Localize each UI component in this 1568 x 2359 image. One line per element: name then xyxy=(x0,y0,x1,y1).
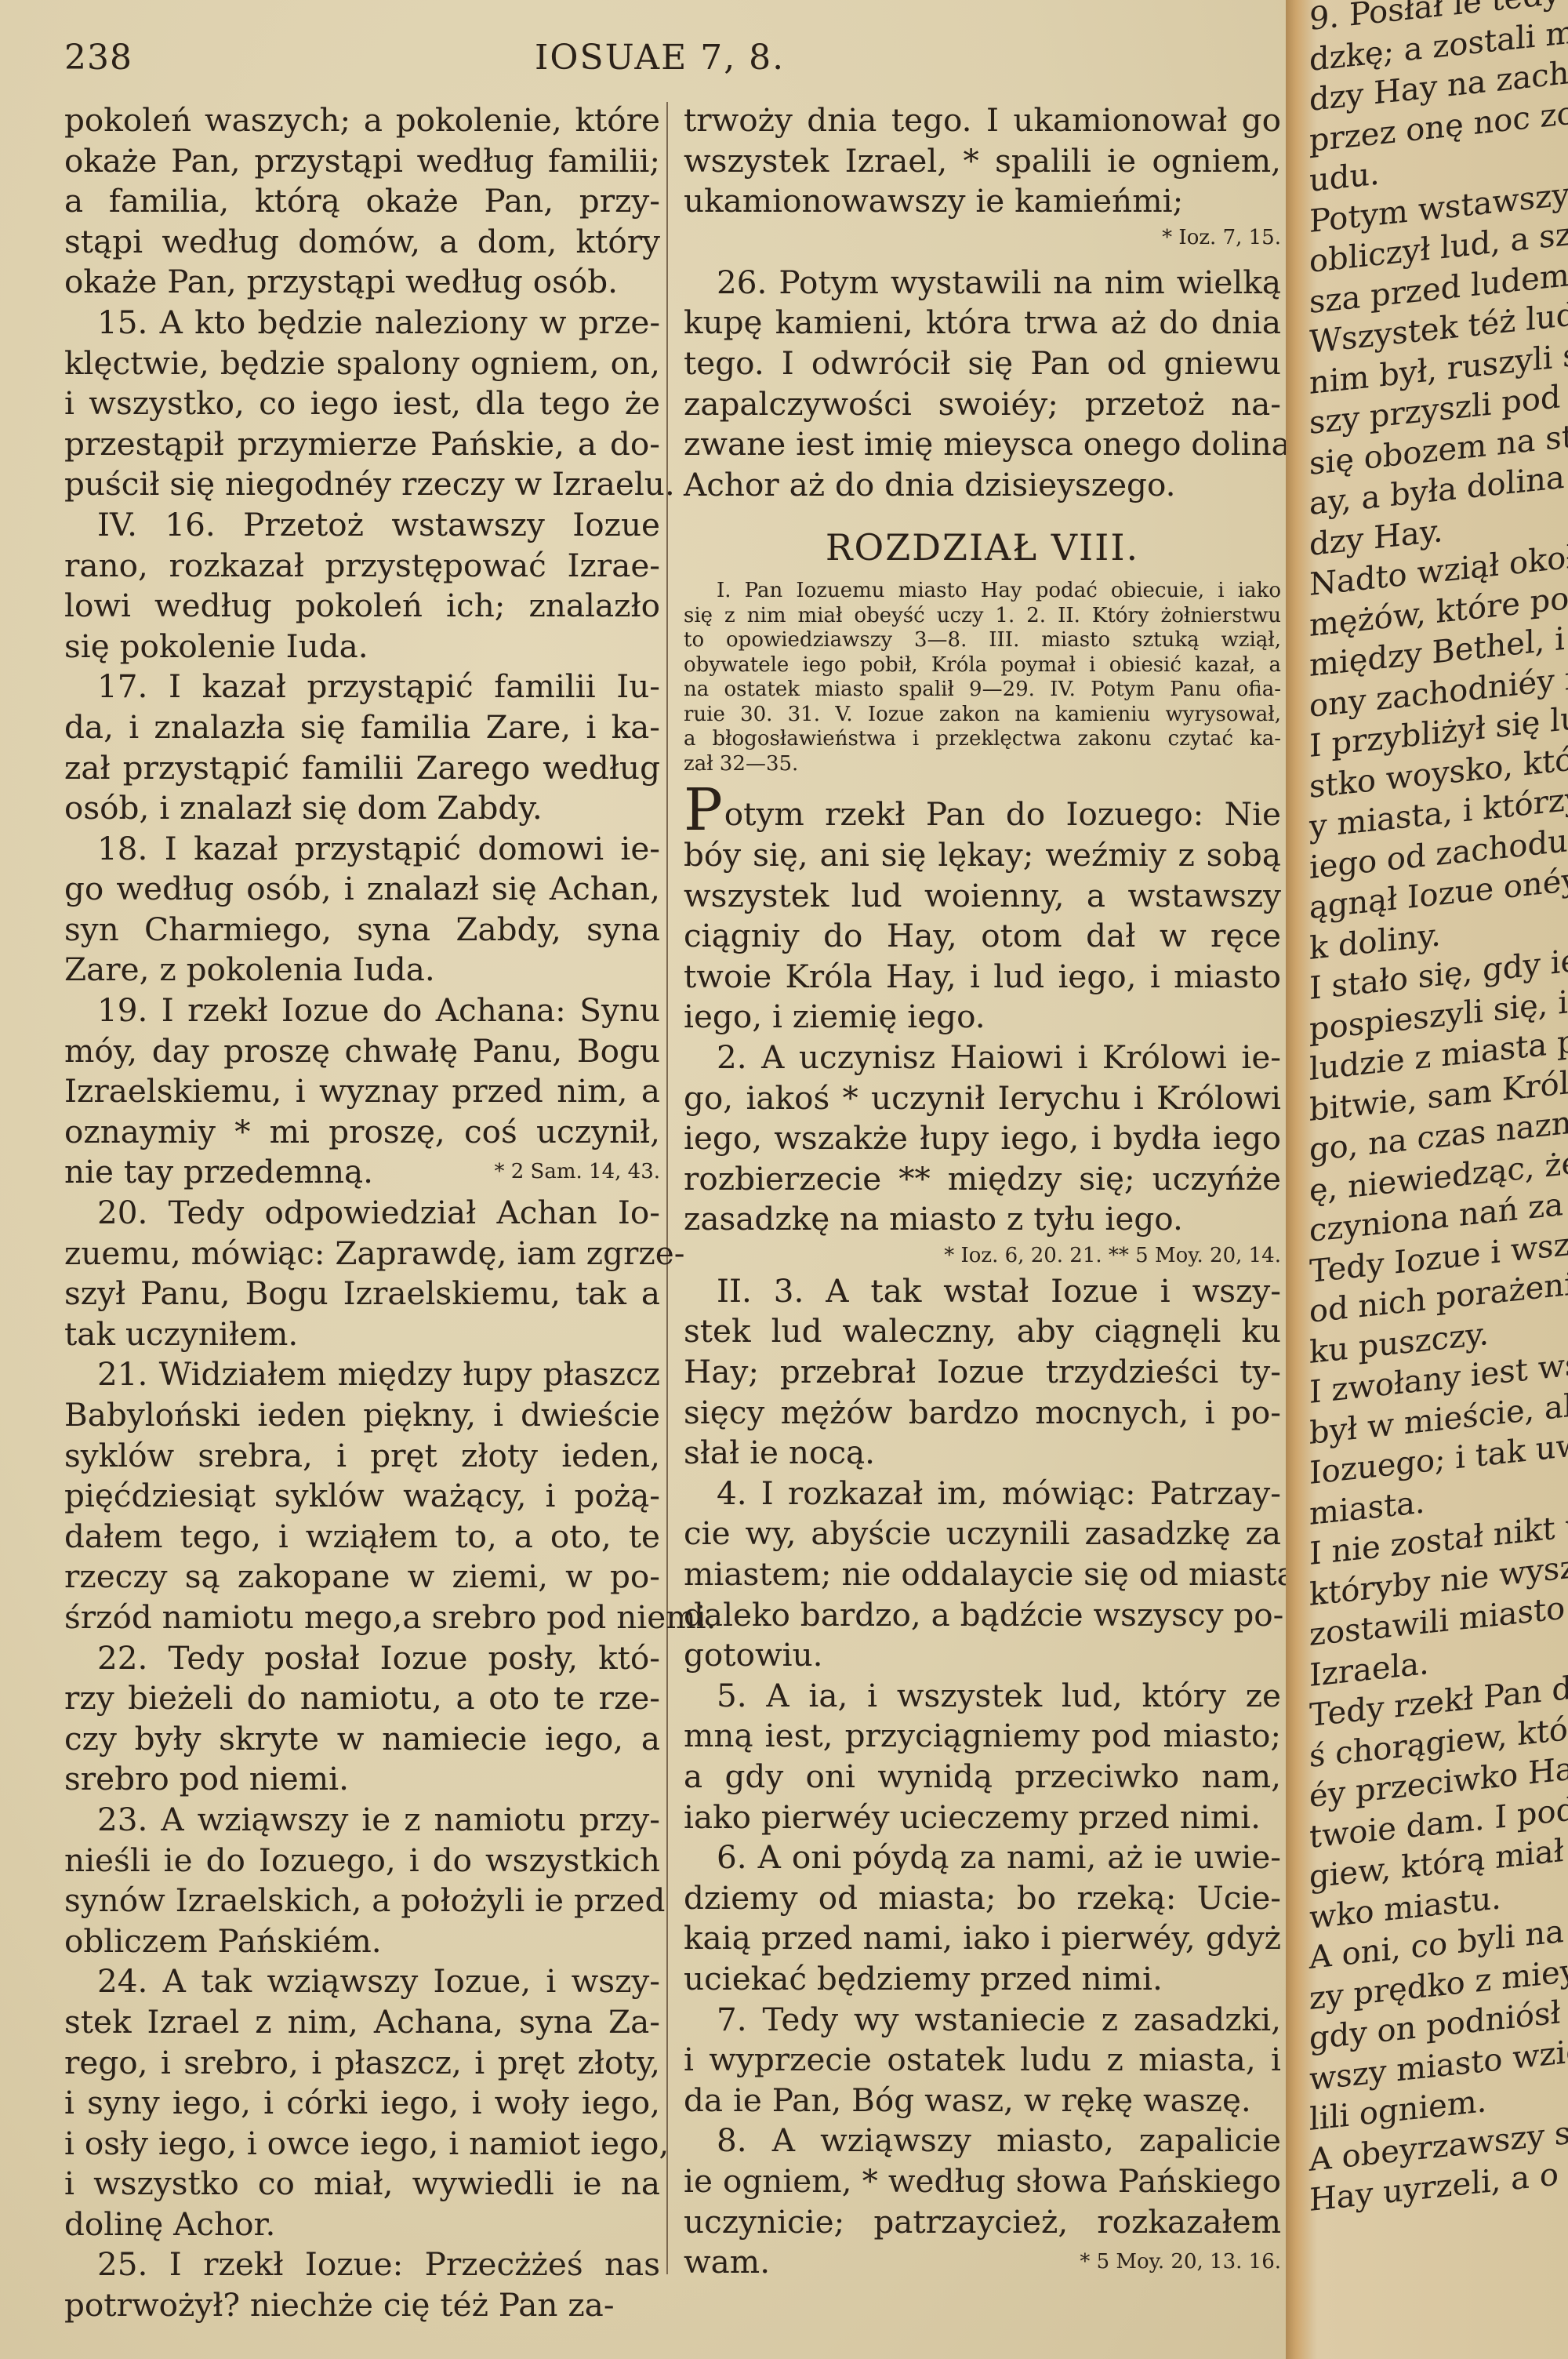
text-line: czy były skryte w namiecie iego, a xyxy=(64,1719,660,1760)
text-line: tak uczyniłem. xyxy=(64,1314,660,1355)
running-title: IOSUAE 7, 8. xyxy=(535,38,785,78)
text-line: 24. A tak wziąwszy Iozue, i wszy- xyxy=(64,1961,660,2002)
text-line: iego, i ziemię iego. xyxy=(684,997,1281,1038)
text-line: go według osób, i znalazł się Achan, xyxy=(64,869,660,910)
verse-1: Potym rzekł Pan do Iozuego: Niebóy się, … xyxy=(684,791,1281,1038)
text-line: Zare, z pokolenia Iuda. xyxy=(64,950,660,990)
verse-2: 2. A uczynisz Haiowi i Królowi ie-go, ia… xyxy=(684,1038,1281,1240)
text-line: zwane iest imię mieysca onego dolina xyxy=(684,424,1281,465)
left-column: pokoleń waszych; a pokolenie, któreokaże… xyxy=(64,100,660,2326)
text-line: oznaymiy * mi proszę, coś uczynił, xyxy=(64,1112,660,1153)
text-line: 19. I rzekł Iozue do Achana: Synu xyxy=(64,990,660,1031)
text-line: go, iakoś * uczynił Ierychu i Królowi xyxy=(684,1078,1281,1119)
text-line: mną iest, przyciągniemy pod miasto; xyxy=(684,1716,1281,1757)
text-line: zuemu, mówiąc: Zaprawdę, iam zgrze- xyxy=(64,1234,660,1274)
text-line: pięćdziesiąt syklów ważący, i pożą- xyxy=(64,1476,660,1517)
drop-cap: P xyxy=(684,776,723,844)
text-line: srebro pod niemi. xyxy=(64,1759,660,1800)
text-line: puścił się niegodnéy rzeczy w Izraelu. xyxy=(64,464,660,505)
text-line: Babyloński ieden piękny, i dwieście xyxy=(64,1395,660,1436)
text-line: 5. A ia, i wszystek lud, który ze xyxy=(684,1676,1281,1717)
summary-line: ruie 30. 31. V. Iozue zakon na kamieniu … xyxy=(684,703,1281,728)
text-line: II. 3. A tak wstał Iozue i wszy- xyxy=(684,1271,1281,1312)
text-line: uczynicie; patrzaycież, rozkazałem xyxy=(684,2202,1281,2243)
text-line: da ie Pan, Bóg wasz, w rękę waszę. xyxy=(684,2081,1281,2121)
text-line: twoie Króla Hay, i lud iego, i miasto xyxy=(684,957,1281,998)
text-line: dałem tego, i wziąłem to, a oto, te xyxy=(64,1517,660,1558)
text-line: syklów srebra, i pręt złoty ieden, xyxy=(64,1436,660,1477)
text-line: rzeczy są zakopane w ziemi, w po- xyxy=(64,1557,660,1598)
text-line: pokoleń waszych; a pokolenie, które xyxy=(64,100,660,141)
text-line: 22. Tedy posłał Iozue posły, któ- xyxy=(64,1638,660,1679)
book-gutter xyxy=(1286,0,1312,2359)
text-line: nieśli ie do Iozuego, i do wszystkich xyxy=(64,1841,660,1881)
text-line: wam.* 5 Moy. 20, 13. 16. xyxy=(684,2242,1281,2283)
summary-line: się z nim miał obeyść uczy 1. 2. II. Któ… xyxy=(684,604,1281,629)
text-line: ie ogniem, * według słowa Pańskiego xyxy=(684,2161,1281,2202)
text-line: a gdy oni wynidą przeciwko nam, xyxy=(684,1757,1281,1797)
text-line: stąpi według domów, a dom, który xyxy=(64,222,660,263)
text-line: iego, wszakże łupy iego, i bydła iego xyxy=(684,1118,1281,1159)
text-line: dolinę Achor. xyxy=(64,2205,660,2245)
text-line: daleko bardzo, a bądźcie wszyscy po- xyxy=(684,1595,1281,1636)
text-line: 2. A uczynisz Haiowi i Królowi ie- xyxy=(684,1038,1281,1078)
text-line: synów Izraelskich, a położyli ie przed xyxy=(64,1881,660,1921)
column-divider xyxy=(666,102,668,2274)
text-line: lowi według pokoleń ich; znalazło xyxy=(64,586,660,627)
text-line: zał przystąpić familii Zarego według xyxy=(64,748,660,789)
text-line: dziemy od miasta; bo rzeką: Ucie- xyxy=(684,1878,1281,1919)
chapter-summary: I. Pan Iozuemu miasto Hay podać obiecuie… xyxy=(684,579,1281,776)
text-line: rego, i srebro, i płaszcz, i pręt złoty, xyxy=(64,2043,660,2084)
text-line: cie wy, abyście uczynili zasadzkę za xyxy=(684,1514,1281,1554)
text-line: 20. Tedy odpowiedział Achan Io- xyxy=(64,1193,660,1234)
right-column: trwoży dnia tego. I ukamionował gowszyst… xyxy=(684,100,1281,2283)
book-page-right-facing: 9. Posłał ie tedydzkę; a zostali międzyd… xyxy=(1286,0,1568,2359)
text-line: przestąpił przymierze Pańskie, a do- xyxy=(64,424,660,465)
footnote-verse-19: * 2 Sam. 14, 43. xyxy=(494,1152,660,1193)
facing-page-text: 9. Posłał ie tedydzkę; a zostali międzyd… xyxy=(1309,0,1568,2222)
text-line: sięcy mężów bardzo mocnych, i po- xyxy=(684,1393,1281,1434)
summary-line: obywatele iego pobił, Króla poymał i obi… xyxy=(684,653,1281,678)
text-line: rzy bieżeli do namiotu, a oto te rze- xyxy=(64,1678,660,1719)
verse-26: 26. Potym wystawili na nim wielkąkupę ka… xyxy=(684,263,1281,506)
text-line: 21. Widziałem między łupy płaszcz xyxy=(64,1354,660,1395)
text-line: klęctwie, będzie spalony ogniem, on, xyxy=(64,343,660,384)
text-line: i wyprzecie ostatek ludu z miasta, i xyxy=(684,2040,1281,2081)
book-page-left: 238 IOSUAE 7, 8. pokoleń waszych; a poko… xyxy=(0,0,1286,2359)
verses-3-8: II. 3. A tak wstał Iozue i wszy-stek lud… xyxy=(684,1271,1281,2283)
text-line: syn Charmiego, syna Zabdy, syna xyxy=(64,910,660,951)
text-line-content: otym rzekł Pan do Iozuego: Nie xyxy=(724,795,1281,833)
verse-25-continuation: trwoży dnia tego. I ukamionował gowszyst… xyxy=(684,100,1281,222)
summary-line: zał 32—35. xyxy=(684,752,1281,777)
text-line: ukamionowawszy ie kamieńmi; xyxy=(684,181,1281,222)
text-line: nie tay przedemną.* 2 Sam. 14, 43. xyxy=(64,1152,660,1193)
text-line: IV. 16. Przetoż wstawszy Iozue xyxy=(64,505,660,546)
summary-line: I. Pan Iozuemu miasto Hay podać obiecuie… xyxy=(684,579,1281,604)
text-line: 8. A wziąwszy miasto, zapalicie xyxy=(684,2121,1281,2161)
text-line: się pokolenie Iuda. xyxy=(64,627,660,667)
text-line: zasadzkę na miasto z tyłu iego. xyxy=(684,1199,1281,1240)
text-line: Achor aż do dnia dzisieyszego. xyxy=(684,465,1281,506)
text-line: i wszystko co miał, wywiedli ie na xyxy=(64,2164,660,2205)
text-line: i syny iego, i córki iego, i woły iego, xyxy=(64,2083,660,2124)
text-line: zapalczywości swoiéy; przetoż na- xyxy=(684,384,1281,425)
text-line: 23. A wziąwszy ie z namiotu przy- xyxy=(64,1800,660,1841)
text-line: 26. Potym wystawili na nim wielką xyxy=(684,263,1281,304)
text-line: miastem; nie oddalaycie się od miasta xyxy=(684,1554,1281,1595)
text-line: rozbierzecie ** między się; uczyńże xyxy=(684,1159,1281,1200)
text-line: móy, day proszę chwałę Panu, Bogu xyxy=(64,1031,660,1072)
footnote-verse-25: * Ioz. 7, 15. xyxy=(684,222,1281,253)
text-line: słał ie nocą. xyxy=(684,1433,1281,1474)
text-line: a familia, którą okaże Pan, przy- xyxy=(64,181,660,222)
text-line: śrzód namiotu mego,a srebro pod niemi. xyxy=(64,1598,660,1638)
text-line: stek lud waleczny, aby ciągnęli ku xyxy=(684,1311,1281,1352)
text-line: okaże Pan, przystąpi według osób. xyxy=(64,262,660,303)
footnote-verse-2: * Ioz. 6, 20. 21. ** 5 Moy. 20, 14. xyxy=(684,1240,1281,1271)
text-line: ciągniy do Hay, otom dał w ręce xyxy=(684,916,1281,957)
text-line: 17. I kazał przystąpić familii Iu- xyxy=(64,667,660,707)
text-line: i osły iego, i owce iego, i namiot iego, xyxy=(64,2124,660,2165)
text-line: obliczem Pańskiém. xyxy=(64,1921,660,1962)
page-number: 238 xyxy=(64,38,132,78)
text-line: iako pierwéy ucieczemy przed nimi. xyxy=(684,1797,1281,1838)
text-line: 18. I kazał przystąpić domowi ie- xyxy=(64,829,660,870)
text-line: rano, rozkazał przystępować Izrae- xyxy=(64,546,660,587)
text-line: 6. A oni póydą za nami, aż ie uwie- xyxy=(684,1837,1281,1878)
text-line: 25. I rzekł Iozue: Przecżżeś nas xyxy=(64,2245,660,2285)
summary-line: to opowiedziawszy 3—8. III. miasto sztuk… xyxy=(684,628,1281,653)
text-line: uciekać będziemy przed nimi. xyxy=(684,1959,1281,2000)
text-line: szył Panu, Bogu Izraelskiemu, tak a xyxy=(64,1274,660,1314)
text-line: tego. I odwrócił się Pan od gniewu xyxy=(684,343,1281,384)
text-line: 7. Tedy wy wstaniecie z zasadzki, xyxy=(684,2000,1281,2041)
text-line: okaże Pan, przystąpi według familii; xyxy=(64,141,660,182)
text-line: wszystek lud woienny, a wstawszy xyxy=(684,876,1281,917)
text-line: kupę kamieni, która trwa aż do dnia xyxy=(684,303,1281,343)
text-line: bóy się, ani się lękay; weźmiy z sobą xyxy=(684,835,1281,876)
text-line: da, i znalazła się familia Zare, i ka- xyxy=(64,707,660,748)
text-line: 4. I rozkazał im, mówiąc: Patrzay- xyxy=(684,1474,1281,1514)
text-line: wszystek Izrael, * spalili ie ogniem, xyxy=(684,141,1281,182)
text-line: stek Izrael z nim, Achana, syna Za- xyxy=(64,2002,660,2043)
chapter-title: ROZDZIAŁ VIII. xyxy=(684,519,1281,576)
text-line: 15. A kto będzie naleziony w prze- xyxy=(64,303,660,343)
text-line: Potym rzekł Pan do Iozuego: Nie xyxy=(684,791,1281,835)
text-line: osób, i znalazł się dom Zabdy. xyxy=(64,788,660,829)
running-head: 238 IOSUAE 7, 8. xyxy=(64,38,1287,85)
text-line: kaią przed nami, iako i pierwéy, gdyż xyxy=(684,1918,1281,1959)
summary-line: na ostatek miasto spalił 9—29. IV. Potym… xyxy=(684,678,1281,703)
text-line: Hay; przebrał Iozue trzydzieści ty- xyxy=(684,1352,1281,1393)
text-line: gotowiu. xyxy=(684,1635,1281,1676)
summary-line: a błogosławieństwa i przeklęctwa zakonu … xyxy=(684,727,1281,752)
text-line: Izraelskiemu, i wyznay przed nim, a xyxy=(64,1071,660,1112)
footnote-verse-8: * 5 Moy. 20, 13. 16. xyxy=(1080,2242,1281,2283)
text-line: potrwożył? niechże cię téż Pan za- xyxy=(64,2285,660,2326)
text-line: trwoży dnia tego. I ukamionował go xyxy=(684,100,1281,141)
text-line: i wszystko, co iego iest, dla tego że xyxy=(64,383,660,424)
